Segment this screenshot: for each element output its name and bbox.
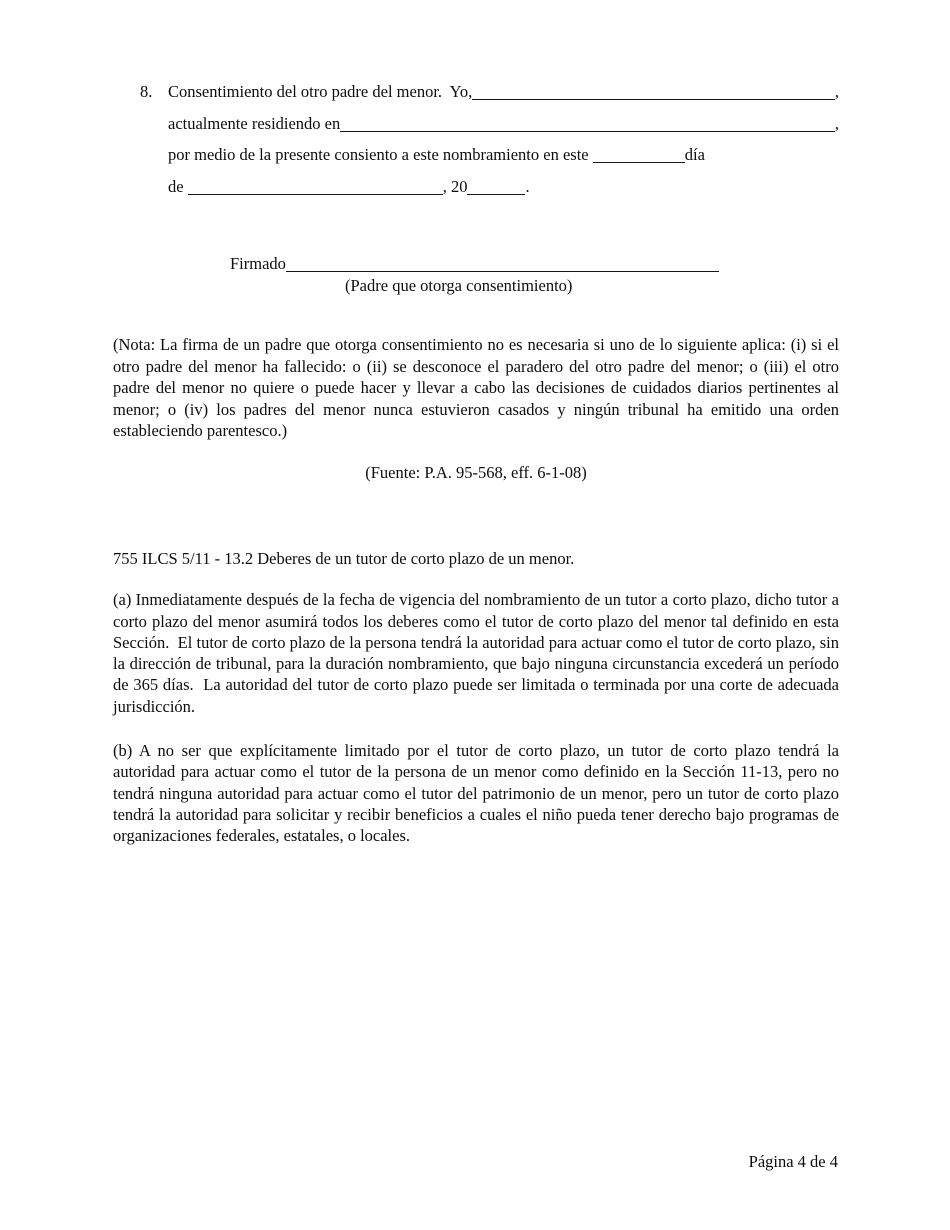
source-citation: (Fuente: P.A. 95-568, eff. 6-1-08) — [113, 462, 839, 483]
signature-caption: (Padre que otorga consentimiento) — [345, 275, 839, 297]
consent-line-2: actualmente residiendo en , — [168, 108, 839, 140]
other-parent-name-blank — [472, 99, 835, 100]
signature-line: Firmado — [230, 253, 839, 275]
consent-line-2-comma: , — [835, 108, 839, 140]
residence-address-blank — [340, 131, 835, 132]
statute-heading: 755 ILCS 5/11 - 13.2 Deberes de un tutor… — [113, 548, 839, 569]
consent-line-1-text: Consentimiento del otro padre del menor.… — [168, 76, 472, 108]
month-blank — [188, 194, 443, 195]
consent-line-2-text: actualmente residiendo en — [168, 108, 340, 140]
consent-line-1: Consentimiento del otro padre del menor.… — [168, 76, 839, 108]
day-blank — [593, 162, 685, 163]
page-number: Página 4 de 4 — [749, 1151, 838, 1172]
statute-paragraph-b: (b) A no ser que explícitamente limitado… — [113, 740, 839, 846]
consent-clause-lines: Consentimiento del otro padre del menor.… — [168, 76, 839, 202]
consent-line-4: de , 20. — [168, 171, 839, 203]
year-blank — [467, 194, 525, 195]
note-paragraph: (Nota: La firma de un padre que otorga c… — [113, 334, 839, 441]
consent-clause: 8. Consentimiento del otro padre del men… — [140, 76, 839, 202]
consent-line-3-suffix: día — [685, 145, 705, 164]
consent-line-3-text: por medio de la presente consiento a est… — [168, 145, 593, 164]
statute-paragraph-a: (a) Inmediatamente después de la fecha d… — [113, 589, 839, 717]
signature-label: Firmado — [230, 254, 286, 273]
document-page: 8. Consentimiento del otro padre del men… — [0, 0, 950, 1230]
consent-line-1-comma: , — [835, 76, 839, 108]
consent-line-3: por medio de la presente consiento a est… — [168, 139, 839, 171]
consent-line-4-text: de — [168, 177, 188, 196]
signature-block: Firmado (Padre que otorga consentimiento… — [230, 253, 839, 297]
consent-line-4-year-prefix: , 20 — [443, 177, 468, 196]
consent-line-4-period: . — [525, 177, 529, 196]
item-number: 8. — [140, 76, 168, 108]
signature-blank — [286, 271, 719, 272]
